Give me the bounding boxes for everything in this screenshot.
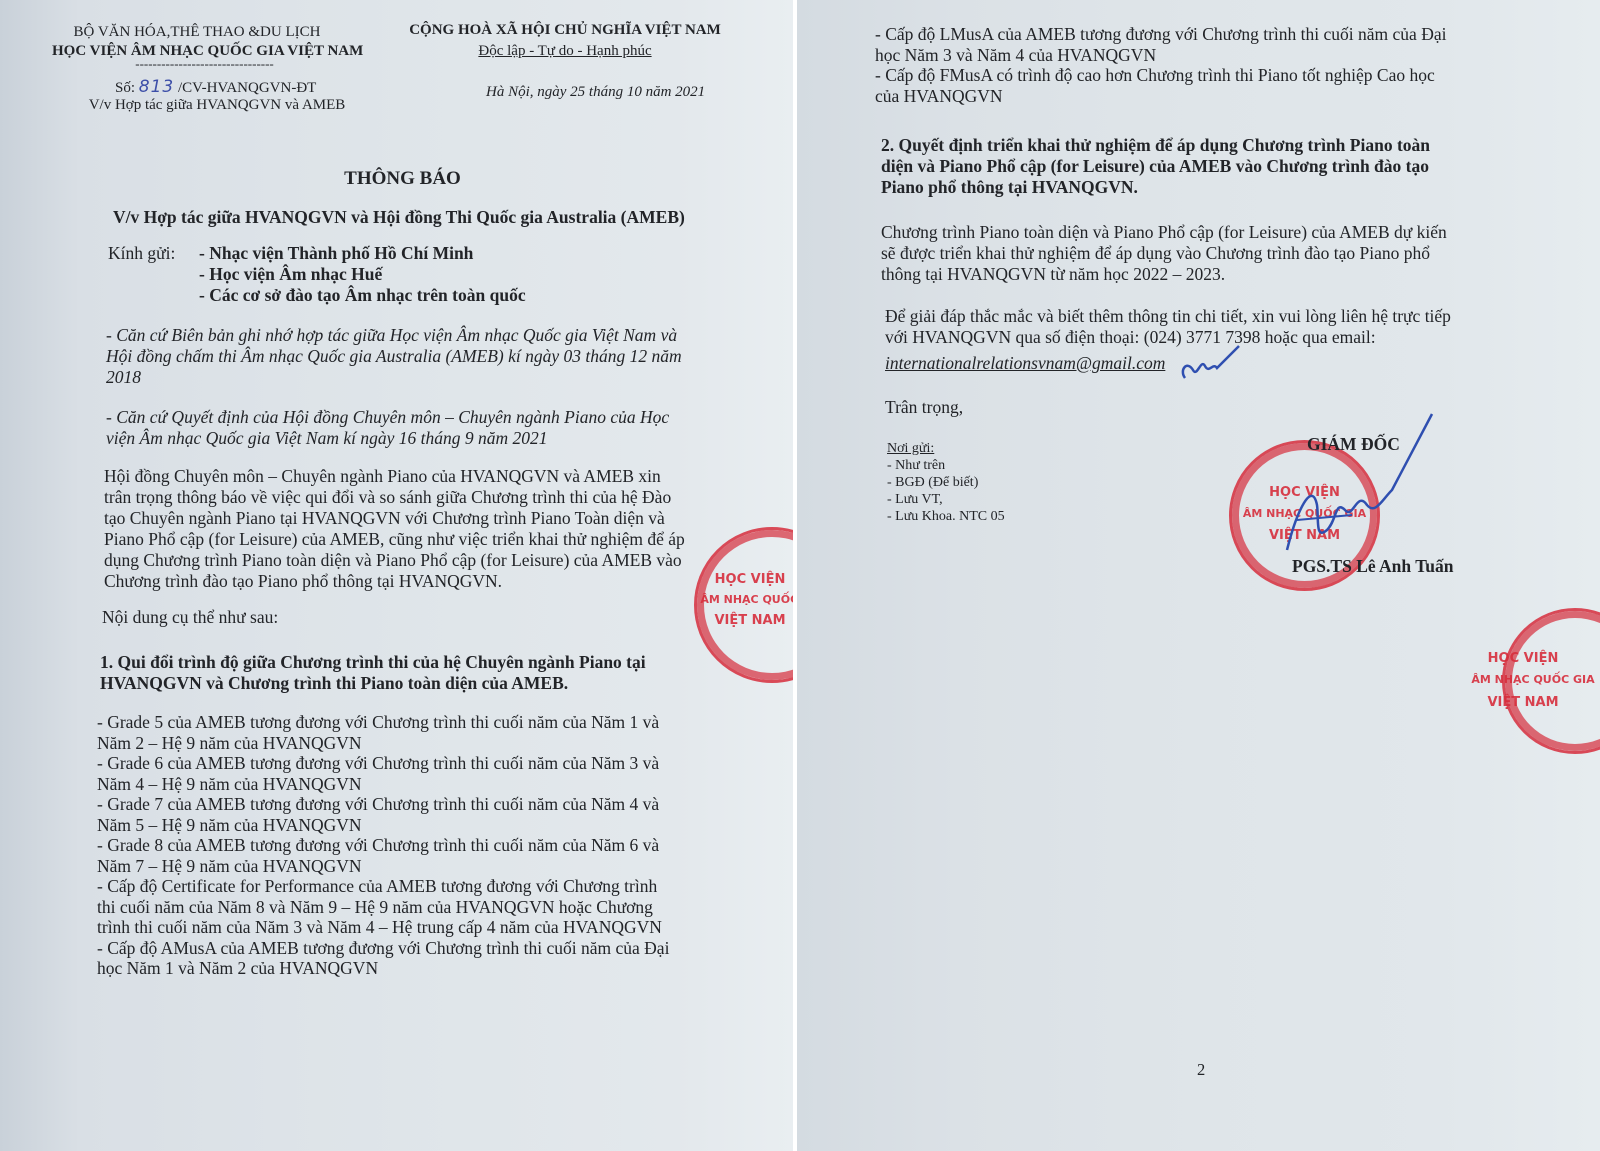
recipient-item: - Nhạc viện Thành phố Hồ Chí Minh xyxy=(199,243,526,264)
initials-mark xyxy=(1177,340,1247,390)
ministry-name: BỘ VĂN HÓA,THÊ THAO &DU LỊCH xyxy=(52,24,342,41)
list-item: - Grade 8 của AMEB tương đương với Chươn… xyxy=(97,835,669,876)
list-item: - Cấp độ Certificate for Performance của… xyxy=(97,876,669,938)
section-1-list: - Grade 5 của AMEB tương đương với Chươn… xyxy=(97,712,669,979)
signer-name: PGS.TS Lê Anh Tuấn xyxy=(1292,556,1453,577)
legal-basis-1: - Căn cứ Biên bản ghi nhớ hợp tác giữa H… xyxy=(106,325,682,388)
header-divider: -------------------------------- xyxy=(52,56,357,72)
distribution-item: - Như trên xyxy=(887,457,1005,474)
official-seal-partial: HỌC VIỆN ÂM NHẠC QUỐC GIA VIỆT NAM xyxy=(694,527,793,683)
contact-email-link[interactable]: internationalrelationsvnam@gmail.com xyxy=(885,353,1165,374)
document-number: Số: 813 /CV-HVANQGVN-ĐT xyxy=(115,77,316,97)
seal-line-3: VIỆT NAM xyxy=(675,613,793,628)
recipients-label: Kính gửi: xyxy=(108,243,175,264)
closing-text: Trân trọng, xyxy=(885,397,963,418)
seal-line-2: ÂM NHẠC QUỐC GIA xyxy=(1463,673,1600,686)
section-1-heading: 1. Qui đổi trình độ giữa Chương trình th… xyxy=(100,652,646,694)
seal-line-1: HỌC VIỆN xyxy=(675,572,793,587)
list-item: - Cấp độ FMusA có trình độ cao hơn Chươn… xyxy=(875,65,1446,106)
seal-line-3: VIỆT NAM xyxy=(1453,695,1593,710)
document-page-2: - Cấp độ LMusA của AMEB tương đương với … xyxy=(797,0,1600,1151)
distribution-list: - Như trên - BGĐ (Để biết) - Lưu VT, - L… xyxy=(887,457,1005,525)
nation-title: CỘNG HOÀ XÃ HỘI CHỦ NGHĨA VIỆT NAM xyxy=(400,22,730,39)
recipients-list: - Nhạc viện Thành phố Hồ Chí Minh - Học … xyxy=(199,243,526,306)
intro-paragraph: Hội đồng Chuyên môn – Chuyên ngành Piano… xyxy=(104,466,685,592)
distribution-item: - Lưu VT, xyxy=(887,491,1005,508)
place-date: Hà Nội, ngày 25 tháng 10 năm 2021 xyxy=(486,84,705,101)
number-label: Số: xyxy=(115,80,135,96)
document-page-1: BỘ VĂN HÓA,THÊ THAO &DU LỊCH HỌC VIỆN ÂM… xyxy=(0,0,793,1151)
nation-motto: Độc lập - Tự do - Hạnh phúc xyxy=(400,43,730,60)
seal-line-1: HỌC VIỆN xyxy=(1453,651,1593,666)
section-2-body: Chương trình Piano toàn diện và Piano Ph… xyxy=(881,222,1447,285)
handwritten-number: 813 xyxy=(139,77,174,97)
number-suffix: /CV-HVANQGVN-ĐT xyxy=(178,80,316,96)
list-item: - Cấp độ AMusA của AMEB tương đương với … xyxy=(97,938,669,979)
list-item: - Cấp độ LMusA của AMEB tương đương với … xyxy=(875,24,1446,65)
list-item: - Grade 5 của AMEB tương đương với Chươn… xyxy=(97,712,669,753)
recipient-item: - Các cơ sở đào tạo Âm nhạc trên toàn qu… xyxy=(199,285,526,306)
page-number: 2 xyxy=(1197,1060,1205,1080)
distribution-item: - BGĐ (Để biết) xyxy=(887,474,1005,491)
document-title: THÔNG BÁO xyxy=(300,168,505,190)
director-signature xyxy=(1257,410,1447,560)
legal-basis-2: - Căn cứ Quyết định của Hội đồng Chuyên … xyxy=(106,407,669,449)
section-2-heading: 2. Quyết định triển khai thử nghiệm để á… xyxy=(881,135,1430,198)
document-subtitle: V/v Hợp tác giữa HVANQGVN và Hội đồng Th… xyxy=(113,207,685,228)
list-item: - Grade 6 của AMEB tương đương với Chươn… xyxy=(97,753,669,794)
header-subject: V/v Hợp tác giữa HVANQGVN và AMEB xyxy=(62,97,372,114)
recipient-item: - Học viện Âm nhạc Huế xyxy=(199,264,526,285)
distribution-item: - Lưu Khoa. NTC 05 xyxy=(887,508,1005,525)
seal-line-2: ÂM NHẠC QUỐC GIA xyxy=(687,593,793,606)
section-1-list-continued: - Cấp độ LMusA của AMEB tương đương với … xyxy=(875,24,1446,106)
contact-paragraph: Để giải đáp thắc mắc và biết thêm thông … xyxy=(885,306,1451,348)
distribution-label: Nơi gửi: xyxy=(887,440,934,457)
official-seal-partial-right: HỌC VIỆN ÂM NHẠC QUỐC GIA VIỆT NAM xyxy=(1502,608,1600,754)
list-item: - Grade 7 của AMEB tương đương với Chươn… xyxy=(97,794,669,835)
details-label: Nội dung cụ thể như sau: xyxy=(102,607,278,628)
